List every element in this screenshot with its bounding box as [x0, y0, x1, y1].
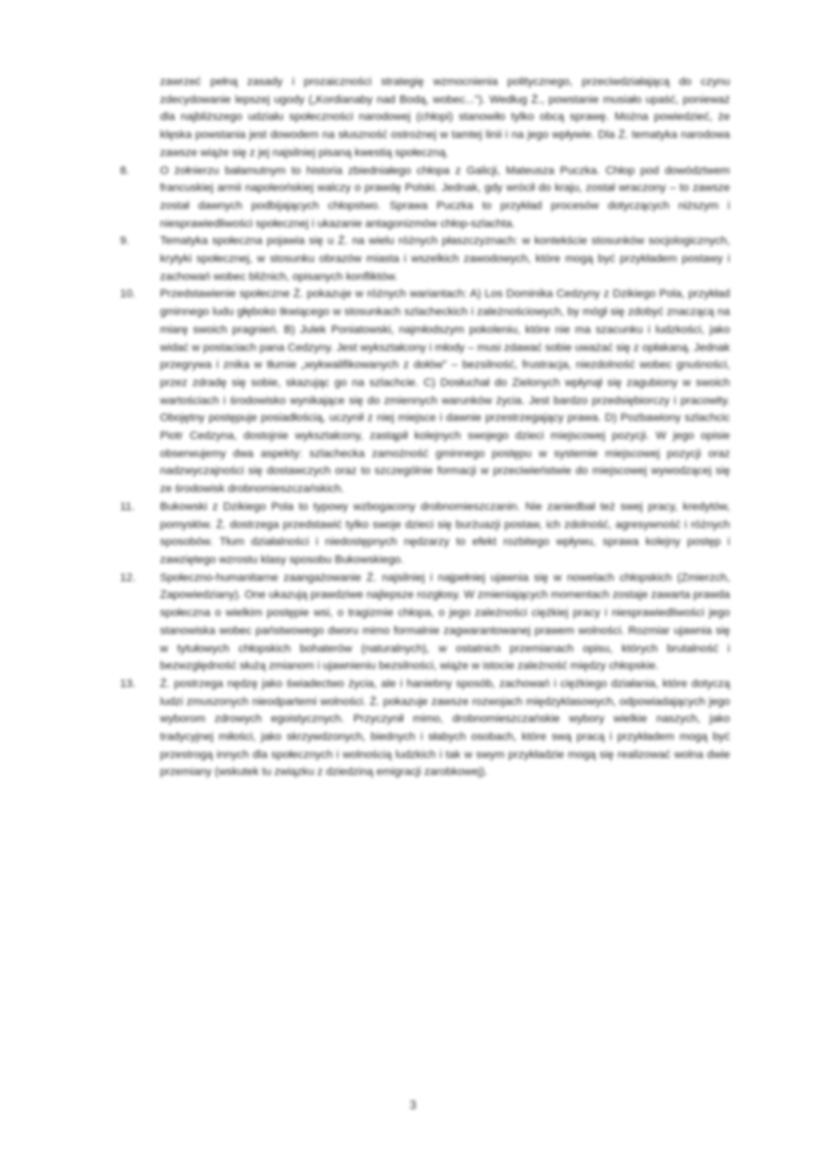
document-body: zawrzeć pełną zasady i prozaiczności str… [160, 74, 730, 782]
item-text: Ż. postrzega nędzę jako świadectwo życia… [160, 676, 730, 782]
item-text: Tematyka społeczna pojawia się u Ż. na w… [160, 233, 730, 286]
item-text: Przedstawienie społeczne Ż. pokazuje w r… [160, 286, 730, 498]
item-number: 12. [120, 570, 150, 588]
item-number: 11. [120, 499, 150, 517]
item-number: 13. [120, 676, 150, 694]
list-item: 13. Ż. postrzega nędzę jako świadectwo ż… [160, 676, 730, 782]
document-page: zawrzeć pełną zasady i prozaiczności str… [0, 0, 826, 1169]
list-item: 9. Tematyka społeczna pojawia się u Ż. n… [160, 233, 730, 286]
item-number: 9. [120, 233, 150, 251]
item-text: O żołnierzu bałamutnym to historia zbied… [160, 163, 730, 234]
intro-paragraph: zawrzeć pełną zasady i prozaiczności str… [160, 74, 730, 163]
item-number: 8. [120, 163, 150, 181]
page-number: 3 [0, 1098, 826, 1112]
item-text: Społeczno-humanitarne zaangażowanie Ż. n… [160, 570, 730, 676]
list-item: 10. Przedstawienie społeczne Ż. pokazuje… [160, 286, 730, 498]
list-item: 12. Społeczno-humanitarne zaangażowanie … [160, 570, 730, 676]
list-item: 8. O żołnierzu bałamutnym to historia zb… [160, 163, 730, 234]
list-item: 11. Bukowski z Dzikiego Pola to typowy w… [160, 499, 730, 570]
item-text: Bukowski z Dzikiego Pola to typowy wzbog… [160, 499, 730, 570]
item-number: 10. [120, 286, 150, 304]
